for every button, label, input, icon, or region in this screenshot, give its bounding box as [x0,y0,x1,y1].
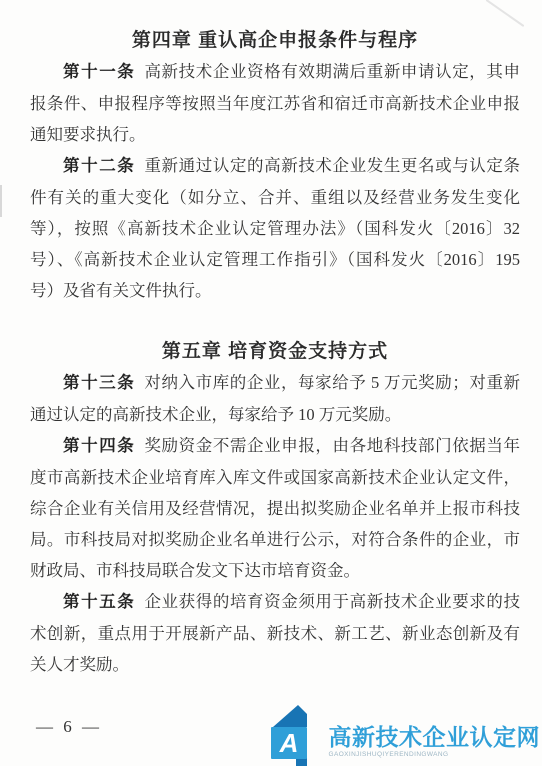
scan-artifact-left-edge [0,185,2,217]
logo-letter-a: A [278,728,298,758]
site-name-latin: GAOXINJISHUQIYERENDINGWANG [329,751,541,758]
article-11-label: 第十一条 [63,63,135,81]
article-15-label: 第十五条 [63,593,135,611]
site-watermark: A 高新技术企业认定网 GAOXINJISHUQIYERENDINGWANG [271,702,541,766]
document-page: 第四章 重认高企申报条件与程序 第十一条高新技术企业资格有效期满后重新申请认定，… [0,0,542,766]
site-name: 高新技术企业认定网 [329,725,541,749]
document-content: 第四章 重认高企申报条件与程序 第十一条高新技术企业资格有效期满后重新申请认定，… [30,26,520,680]
site-logo-icon: A [271,702,321,766]
article-12-text: 重新通过认定的高新技术企业发生更名或与认定条件有关的重大变化（如分立、合并、重组… [30,156,520,300]
article-14: 第十四条奖励资金不需企业申报，由各地科技部门依据当年度市高新技术企业培育库入库文… [30,430,520,586]
chapter-5-title: 第五章 培育资金支持方式 [30,337,520,367]
chapter-4-title: 第四章 重认高企申报条件与程序 [30,26,520,56]
article-12: 第十二条重新通过认定的高新技术企业发生更名或与认定条件有关的重大变化（如分立、合… [30,150,520,306]
article-13-label: 第十三条 [63,374,135,392]
article-15: 第十五条企业获得的培育资金须用于高新技术企业要求的技术创新，重点用于开展新产品、… [30,586,520,680]
article-12-label: 第十二条 [63,157,135,175]
article-13: 第十三条对纳入市库的企业，每家给予 5 万元奖励；对重新通过认定的高新技术企业，… [30,367,520,430]
article-14-label: 第十四条 [63,437,135,455]
article-11: 第十一条高新技术企业资格有效期满后重新申请认定，其申报条件、申报程序等按照当年度… [30,56,520,150]
site-watermark-text: 高新技术企业认定网 GAOXINJISHUQIYERENDINGWANG [329,702,541,758]
page-number: — 6 — [36,717,102,737]
scan-artifact-top-right [486,0,525,27]
article-14-text: 奖励资金不需企业申报，由各地科技部门依据当年度市高新技术企业培育库入库文件或国家… [30,436,520,580]
